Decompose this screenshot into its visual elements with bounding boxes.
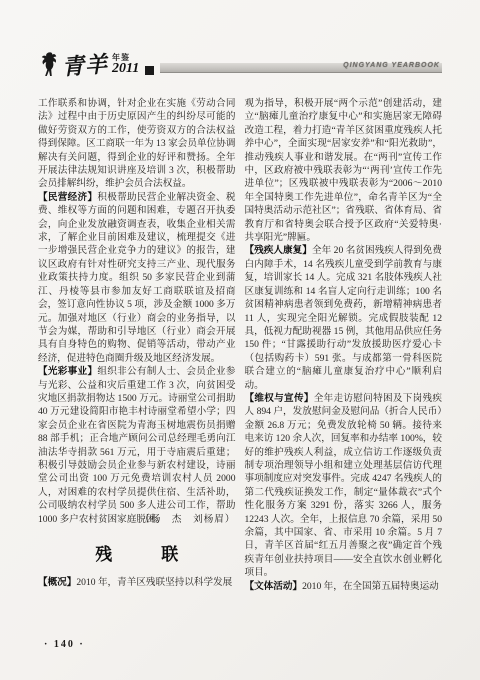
yearbook-page: 青羊 年鉴 2011 QINGYANG YEARBOOK 工作联系和协调，针对企… xyxy=(0,0,480,680)
goat-logo-icon xyxy=(38,51,60,76)
section-rights-publicity: 【维权与宣传】全年走访慰问特困及下岗残疾人 894 户，发放慰问金及慰问品（折合… xyxy=(245,392,443,580)
right-intro-paragraph: 观为指导，积极开展“两个示范”创建活动，建立“脑瘫儿童治疗康复中心”和实施居家无… xyxy=(245,97,443,244)
logo-square-mark xyxy=(145,66,154,75)
header-banner-text: QINGYANG YEARBOOK xyxy=(343,62,440,69)
section-glory-cause: 【光彩事业】组织非公有制人士、会员企业参与光彩、公益和灾后重建工作 3 次，向贫… xyxy=(38,365,236,526)
left-intro-paragraph: 工作联系和协调，针对企业在实施《劳动合同法》过程中由于历史原因产生的纠纷尽可能的… xyxy=(38,97,236,191)
logo-stack: 年鉴 2011 xyxy=(112,54,139,76)
section-title: 【文体活动】 xyxy=(245,581,303,592)
section-body: 组织非公有制人士、会员企业参与光彩、公益和灾后重建工作 3 次，向贫困受灾地区捐… xyxy=(38,366,236,524)
section-title: 【残疾人康复】 xyxy=(245,245,312,256)
page-content: 青羊 年鉴 2011 QINGYANG YEARBOOK 工作联系和协调，针对企… xyxy=(38,40,442,593)
left-column: 工作联系和协调，针对企业在实施《劳动合同法》过程中由于历史原因产生的纠纷尽可能的… xyxy=(38,97,236,593)
page-number: · 140 · xyxy=(44,639,85,650)
section-title: 【概况】 xyxy=(38,577,76,588)
text-columns: 工作联系和协调，针对企业在实施《劳动合同法》过程中由于历史原因产生的纠纷尽可能的… xyxy=(38,97,442,593)
header-banner-bar: QINGYANG YEARBOOK xyxy=(160,63,442,73)
right-column: 观为指导，积极开展“两个示范”创建活动，建立“脑瘫儿童治疗康复中心”和实施居家无… xyxy=(245,97,443,593)
section-private-economy: 【民营经济】积极帮助民营企业解决资金、税费、维权等方面的问题和困难，专题召开执委… xyxy=(38,191,236,365)
section-overview: 【概况】2010 年，青羊区残联坚持以科学发展 xyxy=(38,576,236,589)
section-title: 【光彩事业】 xyxy=(38,366,97,377)
section-body: 2010 年，在全国第五届特奥运动 xyxy=(302,581,439,592)
logo-title-cn: 青羊 xyxy=(61,54,108,77)
section-body: 全年走访慰问特困及下岗残疾人 894 户，发放慰问金及慰问品（折合人民币）金额 … xyxy=(245,393,443,578)
section-rehabilitation: 【残疾人康复】全年 20 名贫困残疾人得到免费白内障手术，14 名残疾儿童受到学… xyxy=(245,244,443,391)
section-culture-sports: 【文体活动】2010 年，在全国第五届特奥运动 xyxy=(245,580,443,593)
section-body: 全年 20 名贫困残疾人得到免费白内障手术，14 名残疾儿童受到学前教育与康复，… xyxy=(245,245,443,390)
section-title: 【维权与宣传】 xyxy=(245,393,314,404)
yearbook-logo: 青羊 年鉴 2011 xyxy=(38,51,154,76)
section-title: 【民营经济】 xyxy=(38,192,97,203)
section-body: 积极帮助民营企业解决资金、税费、维权等方面的问题和困难，专题召开执委会，向企业发… xyxy=(38,192,236,364)
logo-year: 2011 xyxy=(112,62,139,76)
page-header: 青羊 年鉴 2011 QINGYANG YEARBOOK xyxy=(38,40,442,76)
author-attribution: （杨 杰 刘杨眉） xyxy=(140,513,235,526)
section-body: 2010 年，青羊区残联坚持以科学发展 xyxy=(76,577,232,588)
chapter-title-canlian: 残 联 xyxy=(38,548,236,561)
